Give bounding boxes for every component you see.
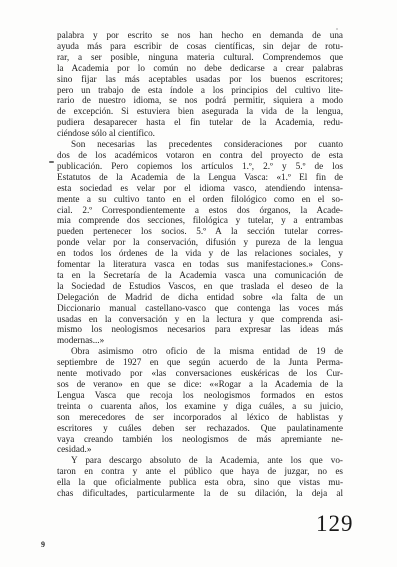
text-line: modernas...» xyxy=(57,335,343,346)
text-line: ponde velar por la conservación, difusió… xyxy=(57,237,343,248)
text-line: Son necesarias las precedentes considera… xyxy=(57,139,343,150)
text-line: pudiera desaparecer hasta el fin tutelar… xyxy=(57,117,343,128)
text-line: pero un trabajo de esta índole a los pri… xyxy=(57,85,343,96)
signature-mark: 9 xyxy=(41,541,45,549)
page-number: 129 xyxy=(316,512,354,535)
text-line: de excepción. Si estuviera bien asegurad… xyxy=(57,106,343,117)
text-line: septiembre de 1927 en que según acuerdo … xyxy=(57,357,343,368)
text-line: chas dificultades, particularmente la de… xyxy=(57,488,343,499)
text-line: Y para descargo absoluto de la Academia,… xyxy=(57,455,343,466)
text-line: Lengua Vasca que recoja los neologismos … xyxy=(57,390,343,401)
text-line: la Academia por lo común no debe dedicar… xyxy=(57,63,343,74)
text-line: taron en contra y ante el público que ha… xyxy=(57,466,343,477)
paragraph: Y para descargo absoluto de la Academia,… xyxy=(57,455,343,499)
text-line: Estatutos de la Academia de la Lengua Va… xyxy=(57,172,343,183)
text-line: usadas en la conversación y en la lectur… xyxy=(57,314,343,325)
text-line: Delegación de Madrid de dicha entidad so… xyxy=(57,292,343,303)
text-line: ayuda más para escribir de cosas científ… xyxy=(57,41,343,52)
paragraph: palabra y por escrito se nos han hecho e… xyxy=(57,30,343,139)
text-line: mente a su cultivo tanto en el orden fil… xyxy=(57,194,343,205)
paragraph: Obra asimismo otro oficio de la misma en… xyxy=(57,346,343,455)
text-line: fomentar la literatura vasca en todas su… xyxy=(57,259,343,270)
text-line: publicación. Pero copiemos los artículos… xyxy=(57,161,343,172)
text-line: esta sociedad es velar por el idioma vas… xyxy=(57,183,343,194)
text-line: son merecedores de ser incorporados al l… xyxy=(57,412,343,423)
text-line: ta en la Secretaría de la Academia vasca… xyxy=(57,270,343,281)
text-line: escritores y cuáles deben ser rechazados… xyxy=(57,423,343,434)
text-line: mia comprende dos secciones, filológica … xyxy=(57,215,343,226)
text-line: sino fijar las más aceptables usadas por… xyxy=(57,74,343,85)
text-block: palabra y por escrito se nos han hecho e… xyxy=(57,30,343,499)
text-line: la Sociedad de Estudios Vascos, en que t… xyxy=(57,281,343,292)
text-line: rario de nuestro idioma, se nos podrá pe… xyxy=(57,95,343,106)
text-line: palabra y por escrito se nos han hecho e… xyxy=(57,30,343,41)
text-line: Diccionario manual castellano-vasco que … xyxy=(57,303,343,314)
text-line: ella la que oficialmente publica esta ob… xyxy=(57,477,343,488)
text-line: nente motivado por «las conversaciones e… xyxy=(57,368,343,379)
text-line: sos de verano» en que se dice: ««Rogar a… xyxy=(57,379,343,390)
margin-mark xyxy=(49,161,54,163)
book-page: palabra y por escrito se nos han hecho e… xyxy=(0,0,397,567)
text-line: en todos los órdenes de la vida y de las… xyxy=(57,248,343,259)
paragraph: Son necesarias las precedentes considera… xyxy=(57,139,343,346)
text-line: Obra asimismo otro oficio de la misma en… xyxy=(57,346,343,357)
text-line: pueden pertenecer los socios. 5.º A la s… xyxy=(57,226,343,237)
text-line: vaya creando también los neologismos de … xyxy=(57,434,343,445)
text-line: ciéndose sólo al científico. xyxy=(57,128,343,139)
text-line: cesidad.» xyxy=(57,444,343,455)
text-line: dos de los académicos votaron en contra … xyxy=(57,150,343,161)
text-line: mismo los neologismos necesarios para ex… xyxy=(57,324,343,335)
text-line: rar, a ser posible, ninguna materia cult… xyxy=(57,52,343,63)
text-line: treinta o cuarenta años, los examine y d… xyxy=(57,401,343,412)
text-line: cial. 2.º Correspondientemente a estos d… xyxy=(57,205,343,216)
